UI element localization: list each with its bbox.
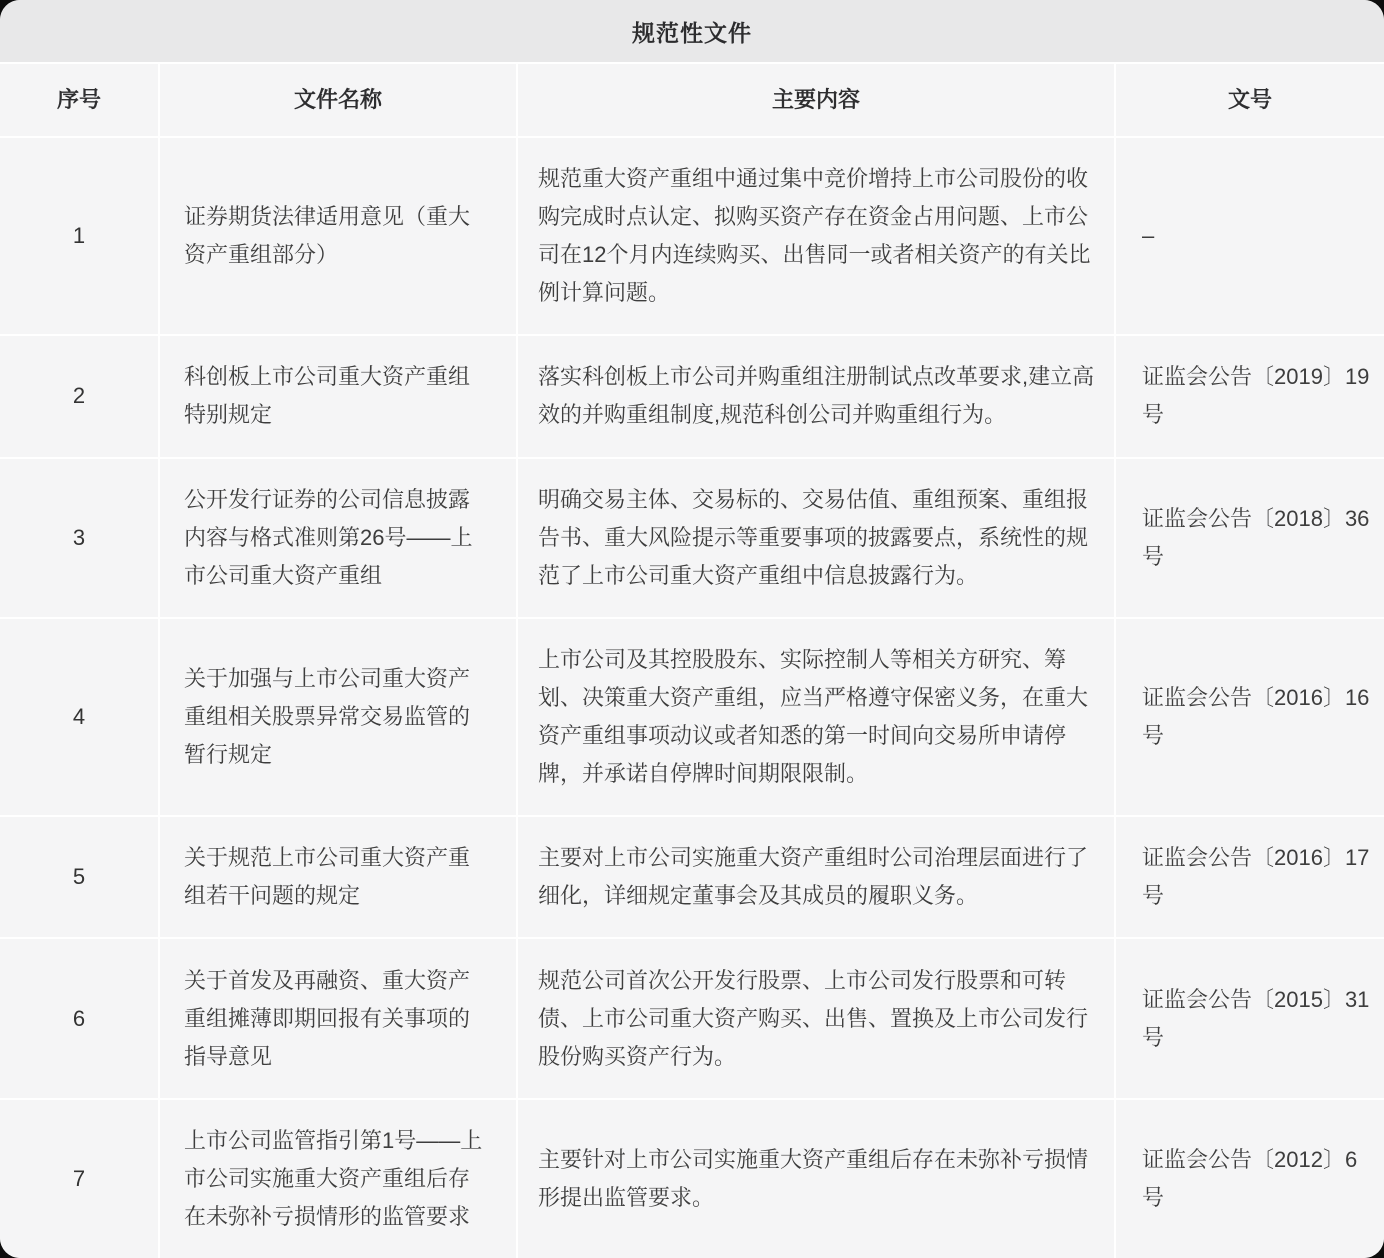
document-number: 证监会公告〔2018〕36号 <box>1116 459 1384 617</box>
main-content-text: 落实科创板上市公司并购重组注册制试点改革要求,建立高效的并购重组制度,规范科创公… <box>518 336 1114 456</box>
main-content-text: 主要针对上市公司实施重大资产重组后存在未弥补亏损情形提出监管要求。 <box>518 1100 1114 1258</box>
document-name: 证券期货法律适用意见（重大资产重组部分） <box>160 138 516 334</box>
row-serial-number: 5 <box>0 817 158 937</box>
column-header-content: 主要内容 <box>518 64 1114 136</box>
column-header-name: 文件名称 <box>160 64 516 136</box>
row-serial-number: 6 <box>0 939 158 1097</box>
document-number: 证监会公告〔2019〕19号 <box>1116 336 1384 456</box>
document-name: 关于加强与上市公司重大资产重组相关股票异常交易监管的暂行规定 <box>160 619 516 815</box>
table-row: 2 科创板上市公司重大资产重组特别规定 落实科创板上市公司并购重组注册制试点改革… <box>0 336 1384 456</box>
main-content-text: 上市公司及其控股股东、实际控制人等相关方研究、筹划、决策重大资产重组，应当严格遵… <box>518 619 1114 815</box>
document-number: – <box>1116 138 1384 334</box>
table-body: 1 证券期货法律适用意见（重大资产重组部分） 规范重大资产重组中通过集中竞价增持… <box>0 138 1384 1258</box>
document-name: 科创板上市公司重大资产重组特别规定 <box>160 336 516 456</box>
main-content-text: 明确交易主体、交易标的、交易估值、重组预案、重组报告书、重大风险提示等重要事项的… <box>518 459 1114 617</box>
table-row: 4 关于加强与上市公司重大资产重组相关股票异常交易监管的暂行规定 上市公司及其控… <box>0 619 1384 815</box>
column-header-serial: 序号 <box>0 64 158 136</box>
row-serial-number: 3 <box>0 459 158 617</box>
page-title: 规范性文件 <box>0 0 1384 62</box>
document-number: 证监会公告〔2015〕31号 <box>1116 939 1384 1097</box>
column-header-docno: 文号 <box>1116 64 1384 136</box>
document-number: 证监会公告〔2016〕17号 <box>1116 817 1384 937</box>
document-name: 上市公司监管指引第1号——上市公司实施重大资产重组后存在未弥补亏损情形的监管要求 <box>160 1100 516 1258</box>
document-name: 关于规范上市公司重大资产重组若干问题的规定 <box>160 817 516 937</box>
table-header: 序号 文件名称 主要内容 文号 <box>0 64 1384 136</box>
table-row: 3 公开发行证券的公司信息披露内容与格式准则第26号——上市公司重大资产重组 明… <box>0 459 1384 617</box>
document-number: 证监会公告〔2012〕6号 <box>1116 1100 1384 1258</box>
table-row: 5 关于规范上市公司重大资产重组若干问题的规定 主要对上市公司实施重大资产重组时… <box>0 817 1384 937</box>
main-content-text: 规范公司首次公开发行股票、上市公司发行股票和可转债、上市公司重大资产购买、出售、… <box>518 939 1114 1097</box>
normative-documents-table: 规范性文件 序号 文件名称 主要内容 文号 1 证券期货法律适用意见（重大资产重… <box>0 0 1384 1258</box>
main-content-text: 主要对上市公司实施重大资产重组时公司治理层面进行了细化，详细规定董事会及其成员的… <box>518 817 1114 937</box>
row-serial-number: 4 <box>0 619 158 815</box>
document-number: 证监会公告〔2016〕16号 <box>1116 619 1384 815</box>
document-name: 关于首发及再融资、重大资产重组摊薄即期回报有关事项的指导意见 <box>160 939 516 1097</box>
row-serial-number: 1 <box>0 138 158 334</box>
row-serial-number: 2 <box>0 336 158 456</box>
main-content-text: 规范重大资产重组中通过集中竞价增持上市公司股份的收购完成时点认定、拟购买资产存在… <box>518 138 1114 334</box>
row-serial-number: 7 <box>0 1100 158 1258</box>
table-row: 6 关于首发及再融资、重大资产重组摊薄即期回报有关事项的指导意见 规范公司首次公… <box>0 939 1384 1097</box>
document-name: 公开发行证券的公司信息披露内容与格式准则第26号——上市公司重大资产重组 <box>160 459 516 617</box>
table-row: 1 证券期货法律适用意见（重大资产重组部分） 规范重大资产重组中通过集中竞价增持… <box>0 138 1384 334</box>
table-row: 7 上市公司监管指引第1号——上市公司实施重大资产重组后存在未弥补亏损情形的监管… <box>0 1100 1384 1258</box>
